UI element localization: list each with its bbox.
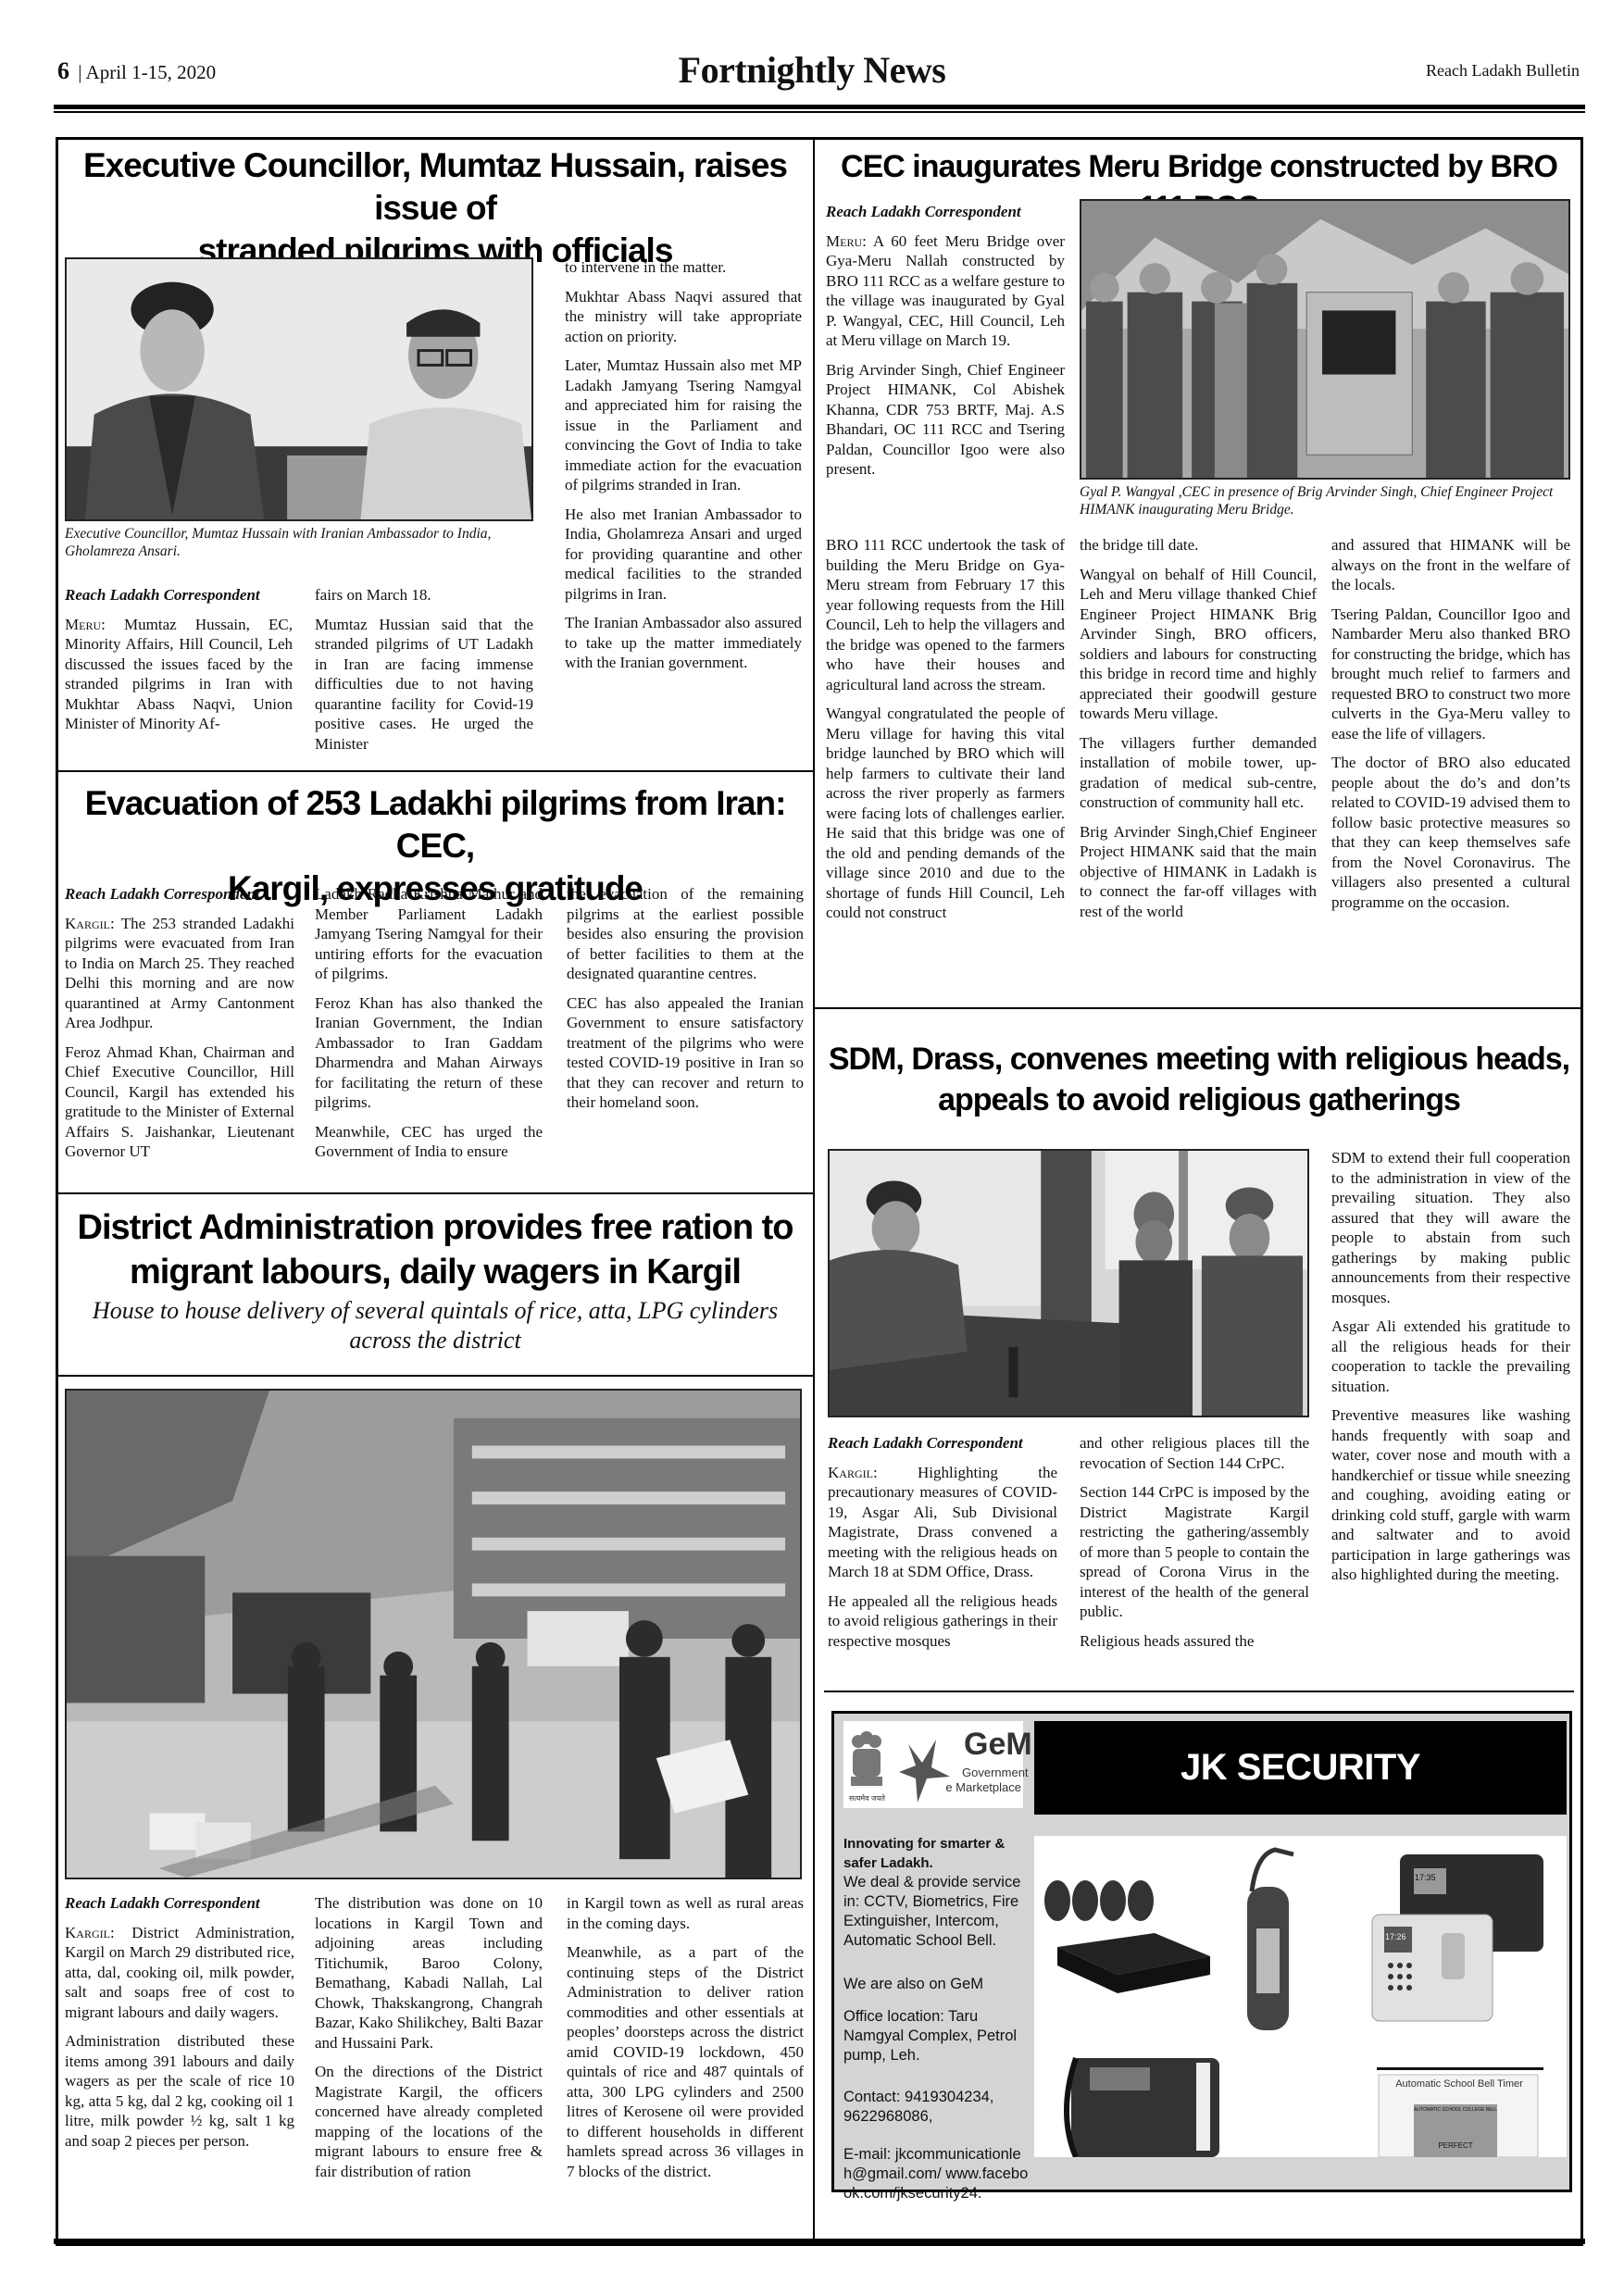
paragraph: the bridge till date. <box>1080 535 1317 555</box>
masthead-rule <box>54 105 1585 109</box>
advertisement-jk-security: GeM Government e Marketplace सत्यमेव जयत… <box>831 1711 1572 2192</box>
paragraph: Feroz Ahmad Khan, Chairman and Chief Exe… <box>65 1042 294 1162</box>
paragraph: Brig Arvinder Singh, Chief Engineer Proj… <box>826 360 1065 480</box>
paragraph: Feroz Khan has also thanked the Iranian … <box>315 993 543 1113</box>
paragraph: BRO 111 RCC undertook the task of buildi… <box>826 535 1065 694</box>
ad-gem-note: We are also on GeM <box>843 1975 1029 1994</box>
emblem-motto: सत्यमेव जयते <box>849 1793 885 1803</box>
column-divider <box>813 1183 815 2244</box>
article-column: and assured that HIMANK will be always o… <box>1331 535 1570 921</box>
gem-logo: GeM Government e Marketplace सत्यमेव जयत… <box>843 1721 1023 1808</box>
dateline: Kargil: <box>828 1464 878 1481</box>
photo-councillor-ambassador <box>65 257 533 521</box>
article-divider <box>824 1691 1574 1692</box>
headline-line: Evacuation of 253 Ladakhi pilgrims from … <box>57 782 813 867</box>
paragraph: Brig Arvinder Singh,Chief Engineer Proje… <box>1080 822 1317 922</box>
photo-bridge-inauguration <box>1080 199 1570 480</box>
headline-line: Executive Councillor, Mumtaz Hussain, ra… <box>57 144 813 230</box>
biometric-time: 17:26 <box>1385 1932 1406 1941</box>
headline: District Administration provides free ra… <box>57 1205 813 1294</box>
article-column: the evacuation of the remaining pilgrims… <box>567 884 804 1122</box>
ad-tagline: Innovating for smarter & safer Ladakh. <box>843 1836 1005 1871</box>
dateline: Meru: <box>65 616 106 633</box>
paragraph: Mumtaz Hussian said that the stranded pi… <box>315 615 533 755</box>
paragraph: SDM to extend their full cooperation to … <box>1331 1148 1570 1307</box>
ad-email: E-mail: jkcommunicationleh@gmail.com/ ww… <box>843 2145 1029 2203</box>
paragraph: On the directions of the District Magist… <box>315 2062 543 2181</box>
ad-title: JK SECURITY <box>1034 1721 1567 1815</box>
masthead-rule-thin <box>54 111 1585 113</box>
dateline: Kargil: <box>65 1924 115 1941</box>
gem-line2: e Marketplace <box>934 1780 1021 1794</box>
ad-contact: Contact: 9419304234, 9622968086, <box>843 2088 1029 2127</box>
article-column: the bridge till date. Wangyal on behalf … <box>1080 535 1317 930</box>
paragraph: Mukhtar Abass Naqvi assured that the min… <box>565 287 802 347</box>
cctv-camera-icon <box>1044 1880 1154 1921</box>
paragraph: Later, Mumtaz Hussain also met MP Ladakh… <box>565 356 802 495</box>
byline: Reach Ladakh Correspondent <box>65 884 294 905</box>
paragraph: Ladakh Radha Krishna Mathur and Member P… <box>315 884 543 984</box>
article-column: BRO 111 RCC undertook the task of buildi… <box>826 535 1065 932</box>
bell-timer-label: Automatic School Bell Timer <box>1380 2078 1538 2090</box>
headline-line: appeals to avoid religious gatherings <box>815 1079 1583 1120</box>
article-column: in Kargil town as well as rural areas in… <box>567 1893 804 2190</box>
article-divider <box>57 1192 813 1194</box>
article-column: Reach Ladakh Correspondent Kargil: The 2… <box>65 884 294 1171</box>
paragraph: in Kargil town as well as rural areas in… <box>567 1893 804 1933</box>
article-column: to intervene in the matter. Mukhtar Abas… <box>565 257 802 682</box>
paragraph: Administration distributed these items a… <box>65 2031 294 2151</box>
byline: Reach Ladakh Correspondent <box>65 1893 294 1914</box>
paragraph: Preventive measures like washing hands f… <box>1331 1405 1570 1585</box>
article-column: fairs on March 18. Mumtaz Hussian said t… <box>315 585 533 763</box>
photo-sdm-meeting <box>828 1149 1309 1417</box>
article-divider <box>57 770 813 772</box>
bell-brand: PERFECT <box>1414 2141 1497 2150</box>
dateline: Kargil: <box>65 915 115 932</box>
ad-body: Innovating for smarter & safer Ladakh.We… <box>843 1834 1029 2216</box>
paragraph: Meanwhile, as a part of the continuing s… <box>567 1942 804 2181</box>
paragraph: Wangyal on behalf of Hill Council, Leh a… <box>1080 565 1317 724</box>
paragraph: Religious heads assured the <box>1080 1631 1309 1652</box>
headline: Executive Councillor, Mumtaz Hussain, ra… <box>57 144 813 272</box>
photo-ration-distribution <box>65 1389 802 1879</box>
article-column: Reach Ladakh Correspondent Meru: A 60 fe… <box>826 202 1065 489</box>
article-column: Ladakh Radha Krishna Mathur and Member P… <box>315 884 543 1171</box>
byline: Reach Ladakh Correspondent <box>65 585 293 605</box>
article-column: Reach Ladakh Correspondent Meru: Mumtaz … <box>65 585 293 743</box>
gem-line1: Government <box>962 1766 1021 1779</box>
column-divider <box>813 139 815 1183</box>
paragraph: He appealed all the religious heads to a… <box>828 1591 1057 1652</box>
paragraph: the evacuation of the remaining pilgrims… <box>567 884 804 984</box>
section-title: Fortnightly News <box>0 48 1624 92</box>
photo-caption: Executive Councillor, Mumtaz Hussain wit… <box>65 525 533 560</box>
article-column: SDM to extend their full cooperation to … <box>1331 1148 1570 1594</box>
bell-device-label: AUTOMATIC SCHOOL COLLEGE BELL <box>1414 2107 1497 2113</box>
paragraph: He also met Iranian Ambassador to India,… <box>565 505 802 605</box>
ad-product-images: Automatic School Bell Timer AUTOMATIC SC… <box>1034 1836 1567 2157</box>
gem-wordmark: GeM <box>964 1727 1032 1763</box>
headline-line: migrant labours, daily wagers in Kargil <box>57 1250 813 1294</box>
paragraph: to intervene in the matter. <box>565 257 802 278</box>
ad-services: We deal & provide service in: CCTV, Biom… <box>843 1874 1020 1949</box>
article-column: Reach Ladakh Correspondent Kargil: Highl… <box>828 1433 1057 1660</box>
footer-rule <box>54 2239 1585 2244</box>
headline-line: SDM, Drass, convenes meeting with religi… <box>815 1039 1583 1079</box>
article-column: Reach Ladakh Correspondent Kargil: Distr… <box>65 1893 294 2160</box>
paragraph: The distribution was done on 10 location… <box>315 1893 543 2053</box>
paragraph: Asgar Ali extended his gratitude to all … <box>1331 1316 1570 1396</box>
article-column: The distribution was done on 10 location… <box>315 1893 543 2190</box>
paragraph: The Iranian Ambassador also assured to t… <box>565 613 802 673</box>
paragraph: Tsering Paldan, Councillor Igoo and Namb… <box>1331 605 1570 744</box>
paragraph: The doctor of BRO also educated people a… <box>1331 753 1570 912</box>
paragraph: Section 144 CrPC is imposed by the Distr… <box>1080 1482 1309 1622</box>
paragraph: and assured that HIMANK will be always o… <box>1331 535 1570 595</box>
paragraph: and other religious places till the revo… <box>1080 1433 1309 1473</box>
photo-caption: Gyal P. Wangyal ,CEC in presence of Brig… <box>1080 483 1570 518</box>
publication-name: Reach Ladakh Bulletin <box>1426 61 1580 81</box>
dateline: Meru: <box>826 232 867 250</box>
paragraph: CEC has also appealed the Iranian Govern… <box>567 993 804 1113</box>
paragraph: The villagers further demanded installat… <box>1080 733 1317 813</box>
article-divider <box>815 1007 1581 1009</box>
article-divider <box>57 1375 813 1377</box>
byline: Reach Ladakh Correspondent <box>826 202 1065 222</box>
paragraph: Wangyal congratulated the people of Meru… <box>826 704 1065 923</box>
article-column: and other religious places till the revo… <box>1080 1433 1309 1660</box>
subheadline: House to house delivery of several quint… <box>74 1296 796 1355</box>
biometric-time: 17:35 <box>1415 1873 1436 1882</box>
paragraph: fairs on March 18. <box>315 585 533 605</box>
paragraph: Meanwhile, CEC has urged the Government … <box>315 1122 543 1162</box>
byline: Reach Ladakh Correspondent <box>828 1433 1057 1454</box>
headline: SDM, Drass, convenes meeting with religi… <box>815 1039 1583 1120</box>
headline-line: District Administration provides free ra… <box>57 1205 813 1250</box>
ad-office: Office location: Taru Namgyal Complex, P… <box>843 2007 1029 2065</box>
